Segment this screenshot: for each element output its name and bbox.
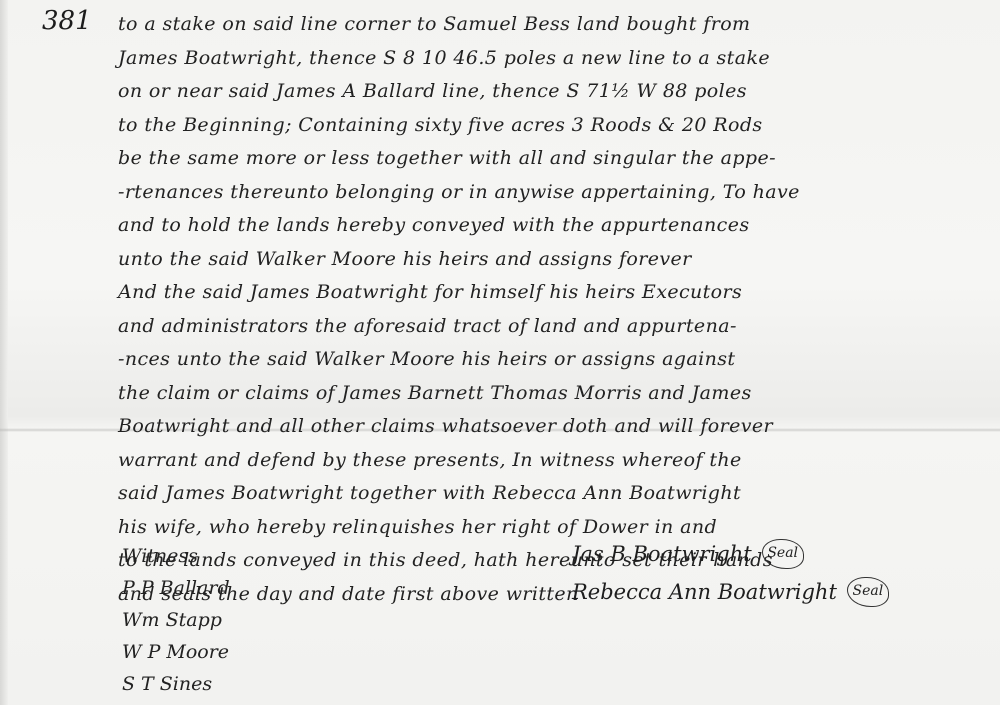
text-line: to the Beginning; Containing sixty five …: [118, 109, 988, 143]
signature-name: Jas B Boatwright: [572, 535, 752, 573]
text-line: the claim or claims of James Barnett Tho…: [118, 377, 988, 411]
text-line: to a stake on said line corner to Samuel…: [118, 8, 988, 42]
text-line: -rtenances thereunto belonging or in any…: [118, 176, 988, 210]
text-line: be the same more or less together with a…: [118, 142, 988, 176]
text-line: said James Boatwright together with Rebe…: [118, 477, 988, 511]
text-line: James Boatwright, thence S 8 10 46.5 pol…: [118, 42, 988, 76]
text-line: unto the said Walker Moore his heirs and…: [118, 243, 988, 277]
witness-name: Wm Stapp: [122, 604, 230, 636]
signature-name: Rebecca Ann Boatwright: [572, 573, 837, 611]
text-line: warrant and defend by these presents, In…: [118, 444, 988, 478]
witness-block: Witness P P Ballard Wm Stapp W P Moore S…: [122, 540, 230, 700]
text-line: and administrators the aforesaid tract o…: [118, 310, 988, 344]
witness-name: P P Ballard: [122, 572, 230, 604]
deed-body-text: to a stake on said line corner to Samuel…: [118, 8, 988, 611]
text-line: and to hold the lands hereby conveyed wi…: [118, 209, 988, 243]
witness-name: S T Sines: [122, 668, 230, 700]
text-line: -nces unto the said Walker Moore his hei…: [118, 343, 988, 377]
paper-edge: [0, 0, 8, 705]
witness-name: W P Moore: [122, 636, 230, 668]
deed-page: 381 to a stake on said line corner to Sa…: [0, 0, 1000, 705]
signature-jas-b-boatwright: Jas B Boatwright Seal: [572, 535, 889, 573]
signature-rebecca-ann-boatwright: Rebecca Ann Boatwright Seal: [572, 573, 889, 611]
seal-icon: Seal: [847, 577, 889, 607]
text-line: Boatwright and all other claims whatsoev…: [118, 410, 988, 444]
text-line: And the said James Boatwright for himsel…: [118, 276, 988, 310]
page-number: 381: [42, 6, 92, 36]
seal-icon: Seal: [762, 539, 804, 569]
text-line: on or near said James A Ballard line, th…: [118, 75, 988, 109]
witness-heading: Witness: [122, 540, 230, 572]
signature-block: Jas B Boatwright Seal Rebecca Ann Boatwr…: [572, 535, 889, 611]
